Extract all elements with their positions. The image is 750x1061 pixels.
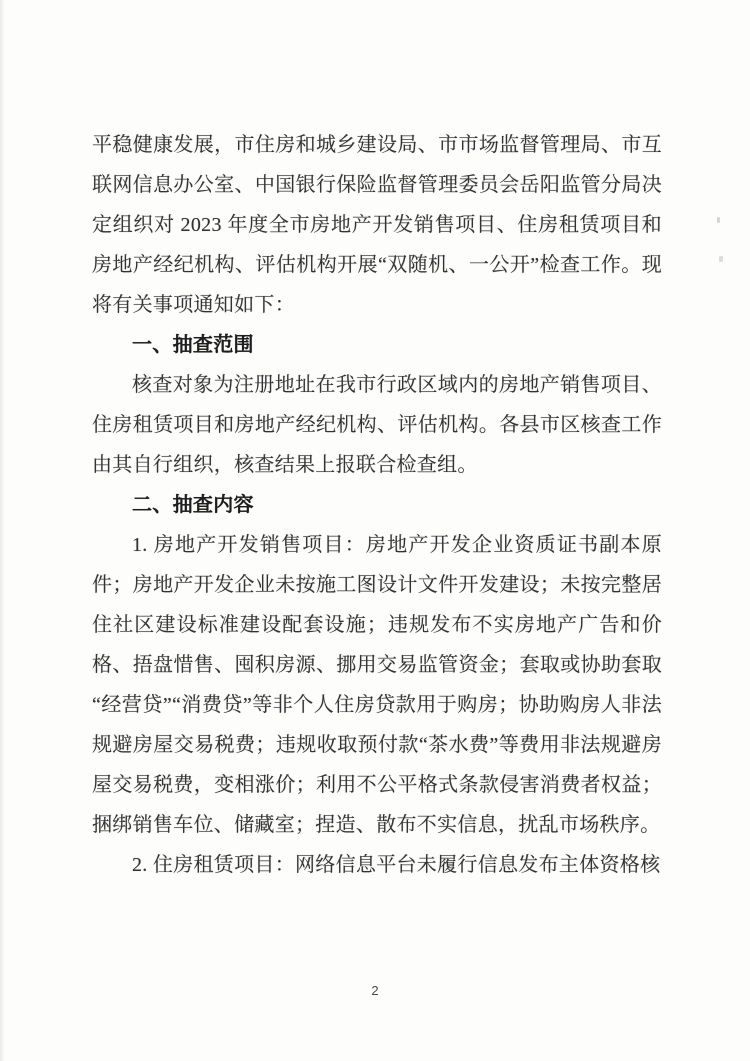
scan-speck	[719, 256, 723, 262]
paragraph-intro-continuation: 平稳健康发展，市住房和城乡建设局、市市场监督管理局、市互联网信息办公室、中国银行…	[92, 125, 662, 325]
section-heading-scope: 一、抽查范围	[92, 325, 662, 365]
paragraph-item-2-housing-rental-truncated: 2. 住房租赁项目：网络信息平台未履行信息发布主体资格核	[92, 845, 662, 885]
page-number: 2	[0, 983, 750, 998]
paragraph-scope: 核查对象为注册地址在我市行政区域内的房地产销售项目、住房租赁项目和房地产经纪机构…	[92, 365, 662, 485]
paragraph-item-1-development-sales: 1. 房地产开发销售项目：房地产开发企业资质证书副本原件；房地产开发企业未按施工…	[92, 525, 662, 845]
document-page: 平稳健康发展，市住房和城乡建设局、市市场监督管理局、市互联网信息办公室、中国银行…	[0, 0, 750, 1061]
document-body: 平稳健康发展，市住房和城乡建设局、市市场监督管理局、市互联网信息办公室、中国银行…	[92, 125, 662, 885]
scan-edge-shadow	[0, 0, 5, 1061]
scan-speck	[717, 217, 720, 223]
section-heading-content: 二、抽查内容	[92, 485, 662, 525]
